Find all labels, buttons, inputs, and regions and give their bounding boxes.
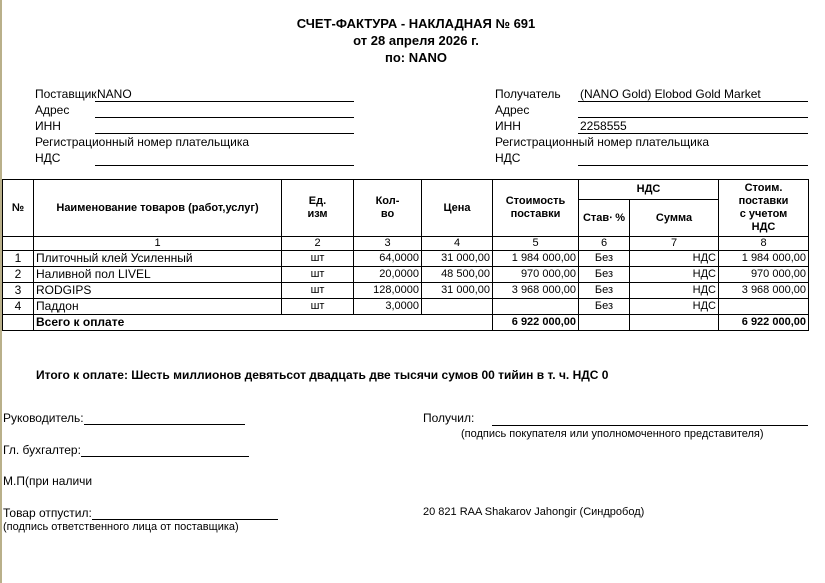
cell-num: 1 — [3, 251, 34, 267]
recipient-value: (NANO Gold) Elobod Gold Market — [580, 87, 761, 101]
table-row: 1 Плиточный клей Усиленный шт 64,0000 31… — [3, 251, 809, 267]
supplier-row: Поставщик NANO — [35, 86, 355, 102]
accountant-signature-line — [81, 444, 249, 457]
column-number: 8 — [719, 237, 809, 251]
supplier-block: Поставщик NANO Адрес ИНН Регистрационный… — [35, 86, 355, 166]
cell-total: 3 968 000,00 — [719, 283, 809, 299]
total-label: Всего к оплате — [34, 315, 493, 331]
accountant-signature: Гл. бухгалтер: — [3, 443, 249, 457]
supplier-reg-label: Регистрационный номер плательщика — [35, 135, 249, 149]
director-signature: Руководитель: — [3, 411, 245, 425]
cell-qty: 128,0000 — [354, 283, 422, 299]
received-signature-line — [492, 425, 808, 426]
released-note: (подпись ответственного лица от поставщи… — [3, 521, 239, 533]
cell-nds-rate: Без — [579, 299, 630, 315]
amount-in-words: Итого к оплате: Шесть миллионов девятьсо… — [36, 368, 608, 382]
cell-unit: шт — [282, 283, 354, 299]
released-label: Товар отпустил: — [3, 506, 92, 520]
stamp-label: М.П(при наличи — [3, 474, 92, 488]
recipient-inn-label: ИНН — [495, 119, 521, 133]
released-signature-line — [92, 507, 278, 520]
col-header-name: Наименование товаров (работ,услуг) — [34, 180, 282, 237]
supplier-inn-label: ИНН — [35, 119, 61, 133]
cell-name: Плиточный клей Усиленный — [34, 251, 282, 267]
col-header-total: Стоим.поставкис учетомНДС — [719, 180, 809, 237]
cell-nds-rate: Без — [579, 283, 630, 299]
cell-cost: 1 984 000,00 — [493, 251, 579, 267]
supplier-label: Поставщик — [35, 87, 97, 101]
cell-cost: 3 968 000,00 — [493, 283, 579, 299]
cell-total: 1 984 000,00 — [719, 251, 809, 267]
cell-nds-sum: НДС — [630, 251, 719, 267]
cell-num: 4 — [3, 299, 34, 315]
table-row: 2 Наливной пол LIVEL шт 20,0000 48 500,0… — [3, 267, 809, 283]
total-cost: 6 922 000,00 — [493, 315, 579, 331]
cell-unit: шт — [282, 251, 354, 267]
column-number-row: 1 2 3 4 5 6 7 8 — [3, 237, 809, 251]
recipient-inn-value: 2258555 — [580, 119, 627, 133]
col-header-nds-group: НДС — [579, 180, 719, 200]
cell-price: 31 000,00 — [422, 251, 493, 267]
supplier-value: NANO — [97, 87, 132, 101]
cell-price: 31 000,00 — [422, 283, 493, 299]
cell-nds-rate: Без — [579, 251, 630, 267]
column-number: 6 — [579, 237, 630, 251]
cell-nds-sum: НДС — [630, 283, 719, 299]
cell-unit: шт — [282, 267, 354, 283]
supplier-nds-underline — [95, 165, 354, 166]
received-label: Получил: — [423, 411, 474, 425]
cell-price: 48 500,00 — [422, 267, 493, 283]
cell-nds-sum: НДС — [630, 299, 719, 315]
col-header-price: Цена — [422, 180, 493, 237]
document-date: от 28 апреля 2026 г. — [0, 32, 825, 49]
col-header-cost: Стоимостьпоставки — [493, 180, 579, 237]
cell-price — [422, 299, 493, 315]
supplier-inn-row: ИНН — [35, 118, 355, 134]
column-number: 5 — [493, 237, 579, 251]
supplier-address-row: Адрес — [35, 102, 355, 118]
col-header-num: № — [3, 180, 34, 237]
cell-cost: 970 000,00 — [493, 267, 579, 283]
received-note: (подпись покупателя или уполномоченного … — [461, 428, 764, 440]
cell-total — [719, 299, 809, 315]
cell-qty: 3,0000 — [354, 299, 422, 315]
recipient-reg-label: Регистрационный номер плательщика — [495, 135, 709, 149]
column-number: 4 — [422, 237, 493, 251]
cell-nds-rate: Без — [579, 267, 630, 283]
document-by: по: NANO — [0, 49, 825, 66]
total-row: Всего к оплате 6 922 000,00 6 922 000,00 — [3, 315, 809, 331]
recipient-nds-row: НДС — [495, 150, 815, 166]
col-header-unit: Ед.изм — [282, 180, 354, 237]
supplier-nds-row: НДС — [35, 150, 355, 166]
recipient-nds-underline — [578, 165, 808, 166]
table-row: 3 RODGIPS шт 128,0000 31 000,00 3 968 00… — [3, 283, 809, 299]
table-row: 4 Паддон шт 3,0000 Без НДС — [3, 299, 809, 315]
director-label: Руководитель: — [3, 411, 84, 425]
cell-nds-sum: НДС — [630, 267, 719, 283]
document-title: СЧЕТ-ФАКТУРА - НАКЛАДНАЯ № 691 — [0, 15, 825, 32]
supplier-nds-label: НДС — [35, 151, 60, 165]
recipient-inn-row: ИНН 2258555 — [495, 118, 815, 134]
released-signature: Товар отпустил: — [3, 506, 278, 520]
cell-name: Наливной пол LIVEL — [34, 267, 282, 283]
director-signature-line — [84, 412, 245, 425]
col-header-nds-sum: Сумма — [630, 200, 719, 237]
recipient-nds-label: НДС — [495, 151, 520, 165]
invoice-table: № Наименование товаров (работ,услуг) Ед.… — [2, 179, 809, 331]
agent-line: 20 821 RAA Shakarov Jahongir (Синдробод) — [423, 506, 644, 518]
cell-name: Паддон — [34, 299, 282, 315]
cell-qty: 20,0000 — [354, 267, 422, 283]
column-number: 1 — [34, 237, 282, 251]
supplier-reg-row: Регистрационный номер плательщика — [35, 134, 355, 150]
recipient-address-row: Адрес — [495, 102, 815, 118]
supplier-address-label: Адрес — [35, 103, 69, 117]
col-header-nds-rate: Став∙ % — [579, 200, 630, 237]
column-number: 7 — [630, 237, 719, 251]
recipient-address-label: Адрес — [495, 103, 529, 117]
cell-num: 3 — [3, 283, 34, 299]
total-with-nds: 6 922 000,00 — [719, 315, 809, 331]
header-row-top: № Наименование товаров (работ,услуг) Ед.… — [3, 180, 809, 200]
col-header-qty: Кол-во — [354, 180, 422, 237]
cell-total: 970 000,00 — [719, 267, 809, 283]
column-number: 3 — [354, 237, 422, 251]
recipient-row: Получатель (NANO Gold) Elobod Gold Marke… — [495, 86, 815, 102]
accountant-label: Гл. бухгалтер: — [3, 443, 81, 457]
cell-cost — [493, 299, 579, 315]
document-header: СЧЕТ-ФАКТУРА - НАКЛАДНАЯ № 691 от 28 апр… — [0, 15, 825, 66]
recipient-label: Получатель — [495, 87, 561, 101]
cell-num: 2 — [3, 267, 34, 283]
recipient-reg-row: Регистрационный номер плательщика — [495, 134, 815, 150]
column-number: 2 — [282, 237, 354, 251]
cell-qty: 64,0000 — [354, 251, 422, 267]
recipient-block: Получатель (NANO Gold) Elobod Gold Marke… — [495, 86, 815, 166]
received-signature: Получил: — [423, 411, 474, 425]
cell-unit: шт — [282, 299, 354, 315]
cell-name: RODGIPS — [34, 283, 282, 299]
